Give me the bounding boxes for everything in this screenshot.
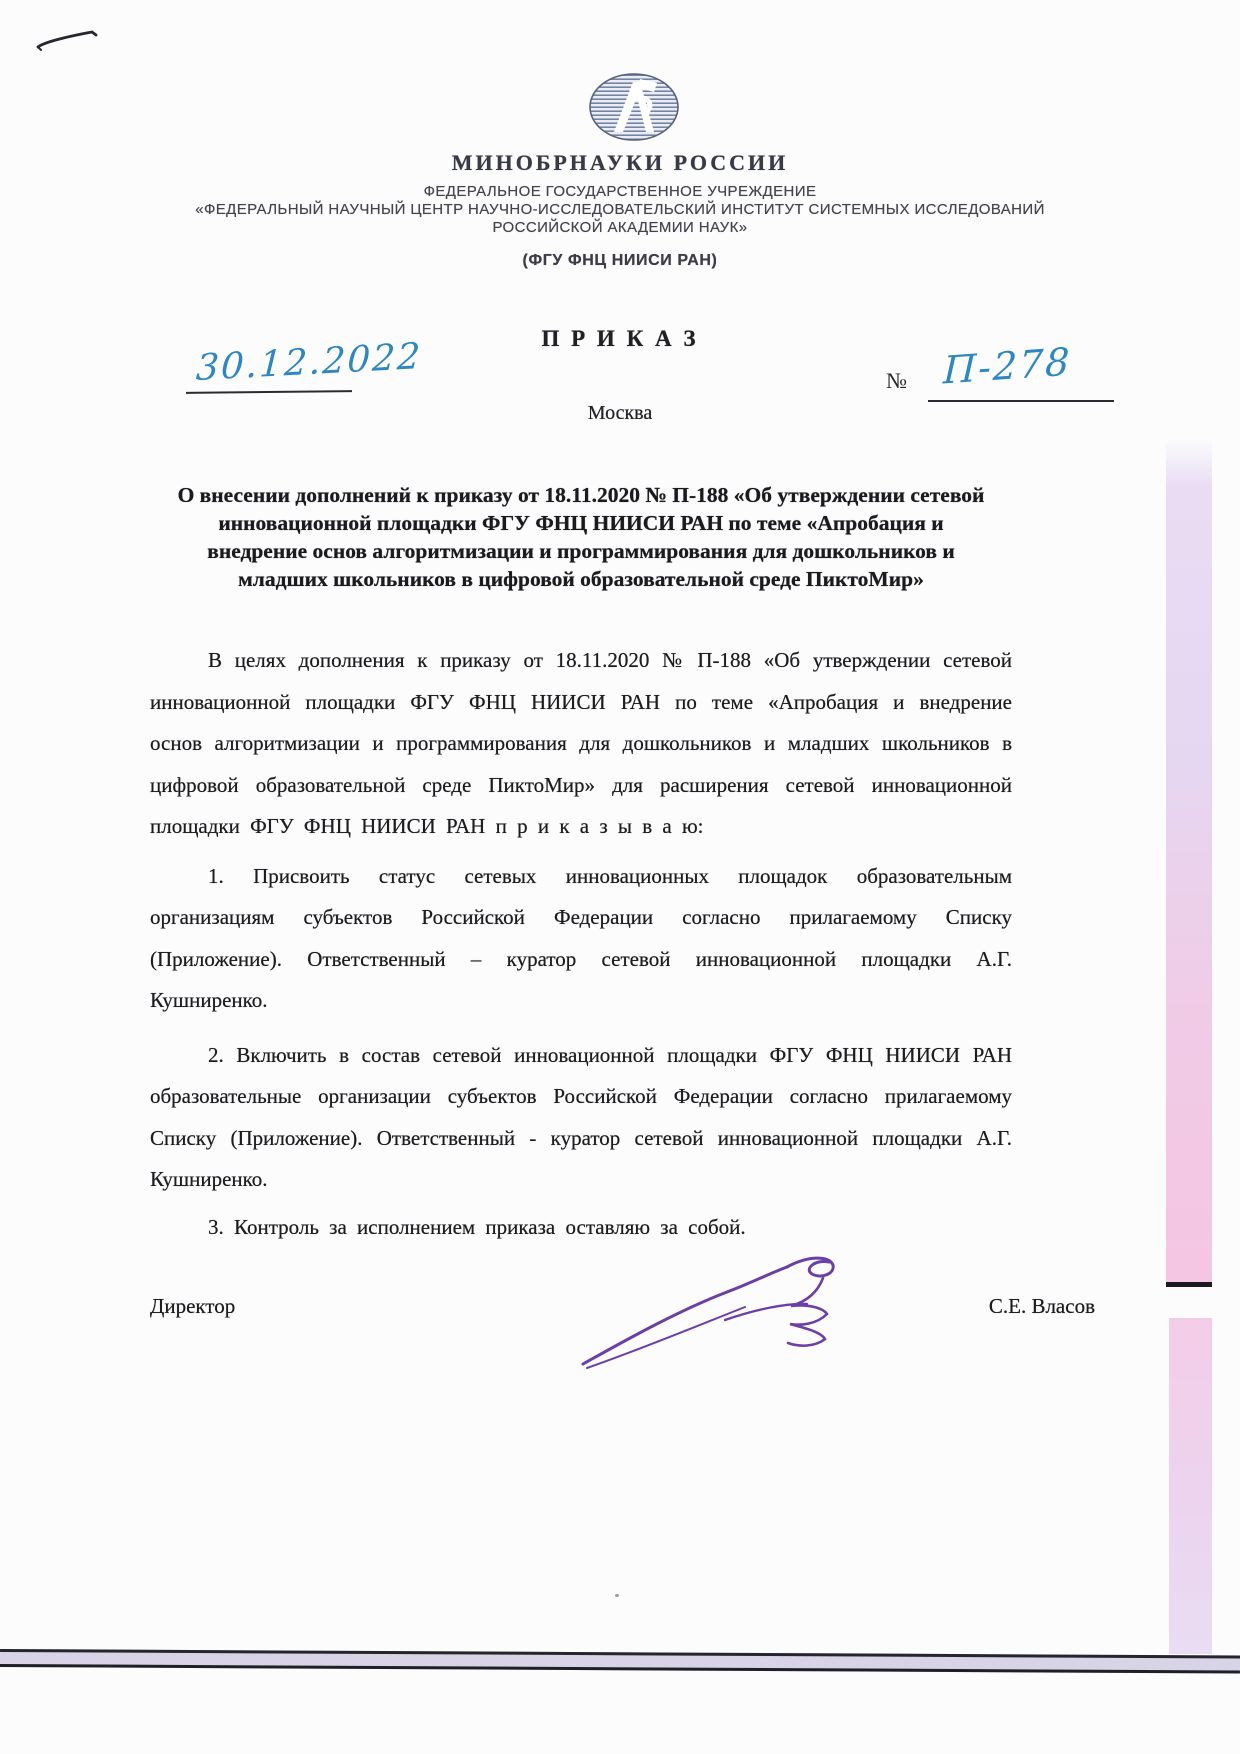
page-bottom-edge-line bbox=[0, 1649, 1240, 1673]
city-label: Москва bbox=[0, 402, 1240, 425]
scanner-color-streak-lower bbox=[1169, 1318, 1212, 1654]
order-title-line: О внесении дополнений к приказу от 18.11… bbox=[150, 481, 1012, 509]
order-title-line: инновационной площадки ФГУ ФНЦ НИИСИ РАН… bbox=[150, 509, 1012, 537]
order-item-1: 1. Присвоить статус сетевых инновационны… bbox=[150, 856, 1012, 1022]
pen-stroke-mark-icon bbox=[30, 25, 110, 59]
ras-emblem-icon bbox=[588, 70, 680, 144]
org-line-3: РОССИЙСКОЙ АКАДЕМИИ НАУК» bbox=[0, 219, 1240, 237]
order-title: О внесении дополнений к приказу от 18.11… bbox=[150, 481, 1012, 593]
signer-role: Директор bbox=[150, 1294, 235, 1319]
org-line-1: ФЕДЕРАЛЬНОЕ ГОСУДАРСТВЕННОЕ УЧРЕЖДЕНИЕ bbox=[0, 183, 1240, 201]
letterhead: МИНОБРНАУКИ РОССИИ ФЕДЕРАЛЬНОЕ ГОСУДАРСТ… bbox=[0, 70, 1240, 270]
org-line-2: «ФЕДЕРАЛЬНЫЙ НАУЧНЫЙ ЦЕНТР НАУЧНО-ИССЛЕД… bbox=[0, 201, 1240, 219]
date-underline bbox=[186, 390, 352, 394]
ministry-name: МИНОБРНАУКИ РОССИИ bbox=[0, 150, 1240, 176]
scanned-order-document: МИНОБРНАУКИ РОССИИ ФЕДЕРАЛЬНОЕ ГОСУДАРСТ… bbox=[0, 0, 1240, 1754]
handwritten-signature-icon bbox=[575, 1250, 875, 1375]
order-body: В целях дополнения к приказу от 18.11.20… bbox=[150, 640, 1012, 1248]
order-item-2: 2. Включить в состав сетевой инновационн… bbox=[150, 1035, 1012, 1201]
order-item-3: 3. Контроль за исполнением приказа остав… bbox=[150, 1207, 1012, 1249]
signer-name: С.Е. Власов bbox=[989, 1294, 1095, 1319]
organization-abbreviation: (ФГУ ФНЦ НИИСИ РАН) bbox=[0, 252, 1240, 270]
scanner-color-streak-upper bbox=[1166, 438, 1212, 1287]
number-sign-label: № bbox=[886, 368, 907, 394]
scan-speck bbox=[615, 1594, 619, 1597]
handwritten-order-number: П-278 bbox=[942, 339, 1072, 392]
order-title-line: внедрение основ алгоритмизации и програм… bbox=[150, 537, 1012, 565]
order-title-line: младших школьников в цифровой образовате… bbox=[150, 565, 1012, 593]
order-intro-paragraph: В целях дополнения к приказу от 18.11.20… bbox=[150, 640, 1012, 848]
organization-name: ФЕДЕРАЛЬНОЕ ГОСУДАРСТВЕННОЕ УЧРЕЖДЕНИЕ «… bbox=[0, 183, 1240, 237]
